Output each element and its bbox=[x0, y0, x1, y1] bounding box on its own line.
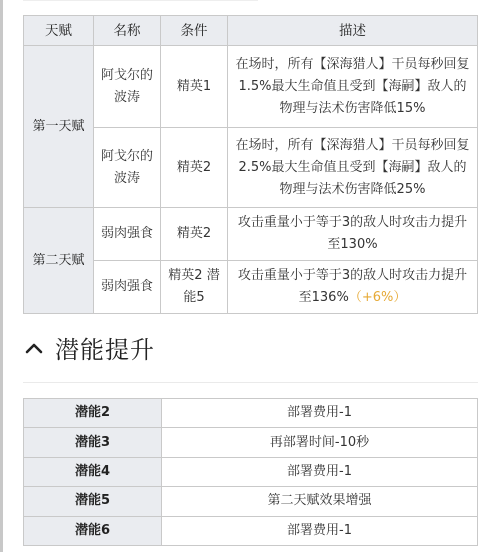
chevron-up-icon[interactable] bbox=[23, 337, 45, 359]
table-row: 潜能6 部署费用-1 bbox=[24, 516, 478, 545]
header-description: 描述 bbox=[228, 16, 478, 46]
talent-name: 弱肉强食 bbox=[94, 208, 161, 261]
talent-description-cell: 攻击重量小于等于3的敌人时攻击力提升至136%（+6%） bbox=[228, 261, 478, 314]
potential-label: 潜能3 bbox=[24, 428, 162, 457]
potential-value: 第二天赋效果增强 bbox=[162, 487, 478, 516]
potential-value: 部署费用-1 bbox=[162, 457, 478, 486]
talent-condition: 精英2 bbox=[161, 208, 228, 261]
talent-name: 阿戈尔的波涛 bbox=[94, 46, 161, 128]
talent-name: 阿戈尔的波涛 bbox=[94, 128, 161, 208]
talent-description: 在场时，所有【深海猎人】干员每秒回复2.5%最大生命值且受到【海嗣】敌人的物理与… bbox=[228, 128, 478, 208]
header-condition: 条件 bbox=[161, 16, 228, 46]
page-left-border bbox=[0, 0, 3, 552]
table-row: 第二天赋 弱肉强食 精英2 攻击重量小于等于3的敌人时攻击力提升至130% bbox=[24, 208, 478, 261]
potential-label: 潜能2 bbox=[24, 399, 162, 428]
top-divider bbox=[23, 0, 258, 1]
table-row: 第一天赋 阿戈尔的波涛 精英1 在场时，所有【深海猎人】干员每秒回复1.5%最大… bbox=[24, 46, 478, 128]
talent-group-label: 第一天赋 bbox=[24, 46, 94, 208]
potential-label: 潜能5 bbox=[24, 487, 162, 516]
talent-description: 攻击重量小于等于3的敌人时攻击力提升至130% bbox=[228, 208, 478, 261]
section-title: 潜能提升 bbox=[55, 330, 155, 365]
talent-description: 在场时，所有【深海猎人】干员每秒回复1.5%最大生命值且受到【海嗣】敌人的物理与… bbox=[228, 46, 478, 128]
table-row: 潜能2 部署费用-1 bbox=[24, 399, 478, 428]
table-row: 潜能4 部署费用-1 bbox=[24, 457, 478, 486]
talent-table: 天赋 名称 条件 描述 第一天赋 阿戈尔的波涛 精英1 在场时，所有【深海猎人】… bbox=[23, 15, 478, 314]
section-divider bbox=[23, 382, 478, 383]
potential-section-header[interactable]: 潜能提升 bbox=[23, 330, 155, 365]
potential-value: 部署费用-1 bbox=[162, 399, 478, 428]
table-row: 潜能5 第二天赋效果增强 bbox=[24, 487, 478, 516]
table-row: 潜能3 再部署时间-10秒 bbox=[24, 428, 478, 457]
talent-group-label: 第二天赋 bbox=[24, 208, 94, 314]
talent-table-header-row: 天赋 名称 条件 描述 bbox=[24, 16, 478, 46]
potential-label: 潜能4 bbox=[24, 457, 162, 486]
talent-condition: 精英2 bbox=[161, 128, 228, 208]
potential-value: 部署费用-1 bbox=[162, 516, 478, 545]
talent-condition: 精英2 潜能5 bbox=[161, 261, 228, 314]
header-name: 名称 bbox=[94, 16, 161, 46]
potential-table: 潜能2 部署费用-1 潜能3 再部署时间-10秒 潜能4 部署费用-1 潜能5 … bbox=[23, 398, 478, 546]
talent-name: 弱肉强食 bbox=[94, 261, 161, 314]
talent-condition: 精英1 bbox=[161, 46, 228, 128]
potential-label: 潜能6 bbox=[24, 516, 162, 545]
potential-value: 再部署时间-10秒 bbox=[162, 428, 478, 457]
header-talent: 天赋 bbox=[24, 16, 94, 46]
bonus-value: （+6%） bbox=[349, 290, 407, 305]
